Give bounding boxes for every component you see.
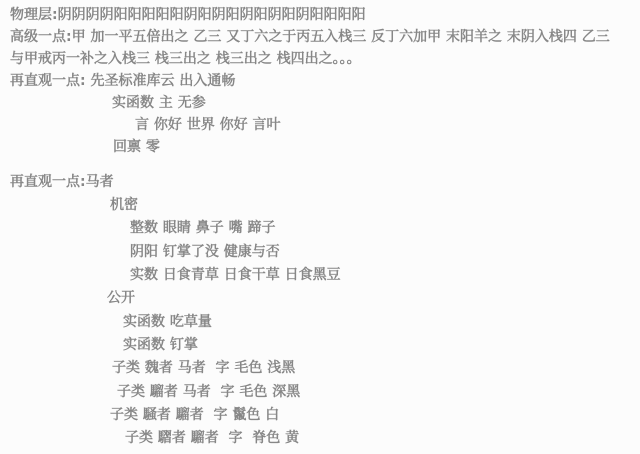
text-line-return-zero: 回禀 零 [113,140,160,155]
text-line-more-intuitive-2: 再直观一点:马者 [10,175,114,190]
text-line-hello-world: 言 你好 世界 你好 言叶 [135,118,281,133]
text-line-physical-layer: 物理层:阴阴阴阴阳阳阳阳阳阴阳阴阳阴阳阴阳阴阳阳阳阳 [10,8,366,23]
text-line-public: 公开 [107,291,135,306]
text-line-higher-level: 高级一点:甲 加一平五倍出之 乙三 又丁六之于丙五入栈三 反丁六加甲 末阳羊之 … [10,30,610,45]
text-line-func-eat-grass: 实函数 吃草量 [123,315,212,330]
text-line-bool-members: 阴阳 钉掌了没 健康与否 [130,245,280,260]
text-line-func-shoe: 实函数 钉掌 [123,338,198,353]
text-line-main-func: 实函数 主 无参 [112,96,206,111]
text-line-more-intuitive-1: 再直观一点: 先圣标准库云 出入通畅 [10,74,235,89]
article-text-page: 物理层:阴阴阴阴阳阳阳阳阳阴阳阴阳阴阳阴阳阴阳阳阳阳 高级一点:甲 加一平五倍出… [0,0,640,454]
text-line-subclass-4: 子类 騽者 騮者 字 脊色 黄 [125,431,299,446]
text-line-subclass-3: 子类 騒者 騮者 字 鬣色 白 [110,408,279,423]
text-line-higher-level-2: 与甲戒丙一补之入栈三 栈三出之 栈三出之 栈四出之。。。 [10,52,361,67]
text-line-subclass-1: 子类 魏者 马者 字 毛色 浅黑 [112,361,295,376]
text-line-real-members: 实数 日食青草 日食干草 日食黑豆 [130,268,341,283]
text-line-subclass-2: 子类 騮者 马者 字 毛色 深黑 [117,385,300,400]
text-line-int-members: 整数 眼睛 鼻子 嘴 蹄子 [130,221,276,236]
text-line-private: 机密 [110,198,138,213]
